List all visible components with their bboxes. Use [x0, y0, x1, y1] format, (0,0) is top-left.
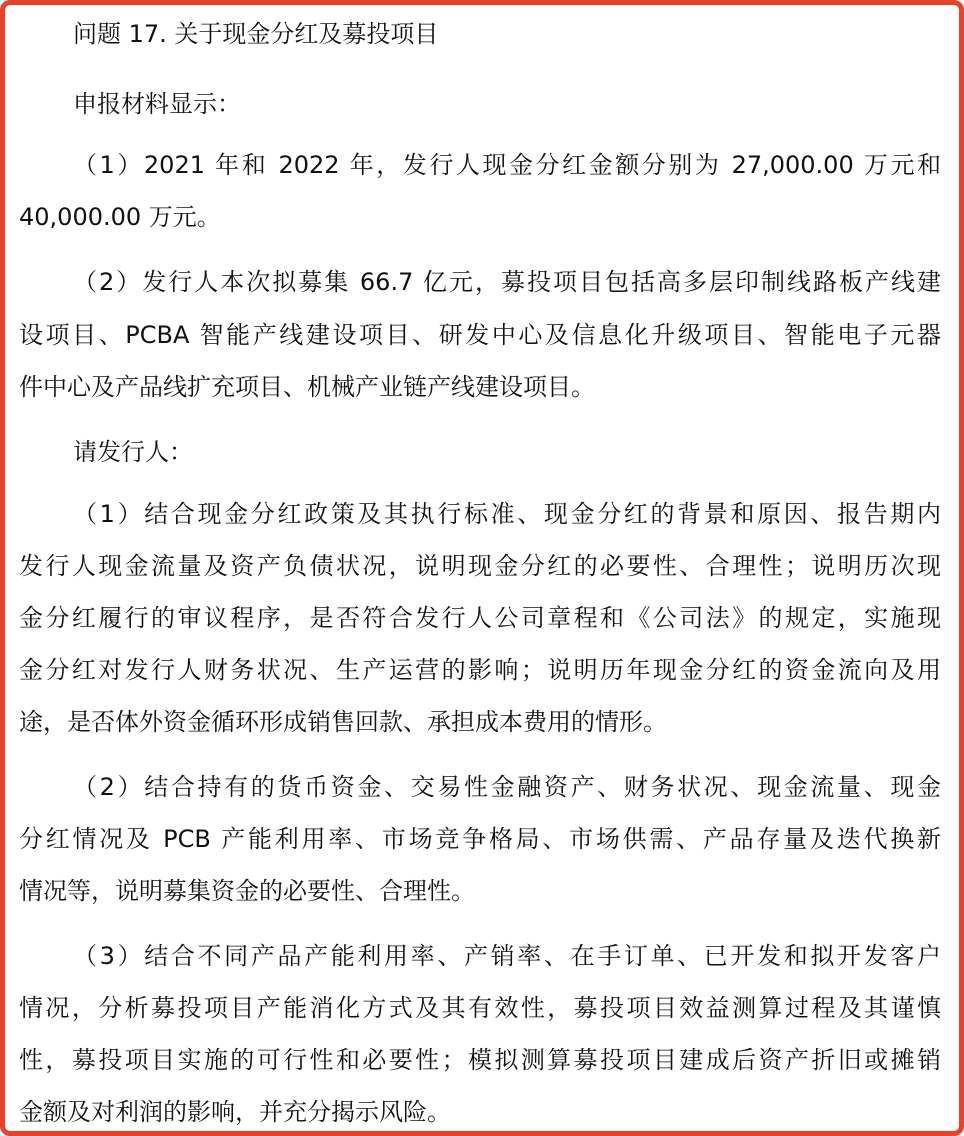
question-heading: 问题 17. 关于现金分红及募投项目 — [73, 19, 941, 49]
requests-item-3-line-1: （3）结合不同产品产能利用率、产销率、在手订单、已开发和拟开发客户 — [73, 941, 941, 971]
requests-item-1-line-4: 金分红对发行人财务状况、生产运营的影响；说明历年现金分红的资金流向及用 — [19, 655, 941, 685]
materials-label: 申报材料显示： — [73, 89, 941, 119]
requests-item-2-line-2: 分红情况及 PCB 产能利用率、市场竞争格局、市场供需、产品存量及迭代换新 — [19, 824, 941, 854]
requests-item-3-line-3: 性，募投项目实施的可行性和必要性；模拟测算募投项目建成后资产折旧或摊销 — [19, 1045, 941, 1075]
materials-item-2-line-2: 设项目、PCBA 智能产线建设项目、研发中心及信息化升级项目、智能电子元器 — [19, 320, 941, 350]
requests-item-2-line-1: （2）结合持有的货币资金、交易性金融资产、财务状况、现金流量、现金 — [73, 772, 941, 802]
materials-item-1-line-1: （1）2021 年和 2022 年，发行人现金分红金额分别为 27,000.00… — [73, 150, 941, 180]
requests-item-1-line-3: 金分红履行的审议程序，是否符合发行人公司章程和《公司法》的规定，实施现 — [19, 603, 941, 633]
requests-item-3-line-4: 金额及对利润的影响，并充分揭示风险。 — [19, 1097, 941, 1127]
materials-item-2-line-3: 件中心及产品线扩充项目、机械产业链产线建设项目。 — [19, 372, 941, 402]
materials-item-2-line-1: （2）发行人本次拟募集 66.7 亿元，募投项目包括高多层印制线路板产线建 — [73, 267, 941, 297]
materials-item-1-line-2: 40,000.00 万元。 — [19, 202, 941, 232]
document-frame: 问题 17. 关于现金分红及募投项目 申报材料显示： （1）2021 年和 20… — [0, 0, 964, 1136]
requests-item-2-line-3: 情况等，说明募集资金的必要性、合理性。 — [19, 876, 941, 906]
requests-item-3-line-2: 情况，分析募投项目产能消化方式及其有效性，募投项目效益测算过程及其谨慎 — [19, 993, 941, 1023]
requests-item-1-line-1: （1）结合现金分红政策及其执行标准、现金分红的背景和原因、报告期内 — [73, 499, 941, 529]
requests-label: 请发行人： — [73, 437, 941, 467]
requests-item-1-line-5: 途，是否体外资金循环形成销售回款、承担成本费用的情形。 — [19, 707, 941, 737]
requests-item-1-line-2: 发行人现金流量及资产负债状况，说明现金分红的必要性、合理性；说明历次现 — [19, 551, 941, 581]
